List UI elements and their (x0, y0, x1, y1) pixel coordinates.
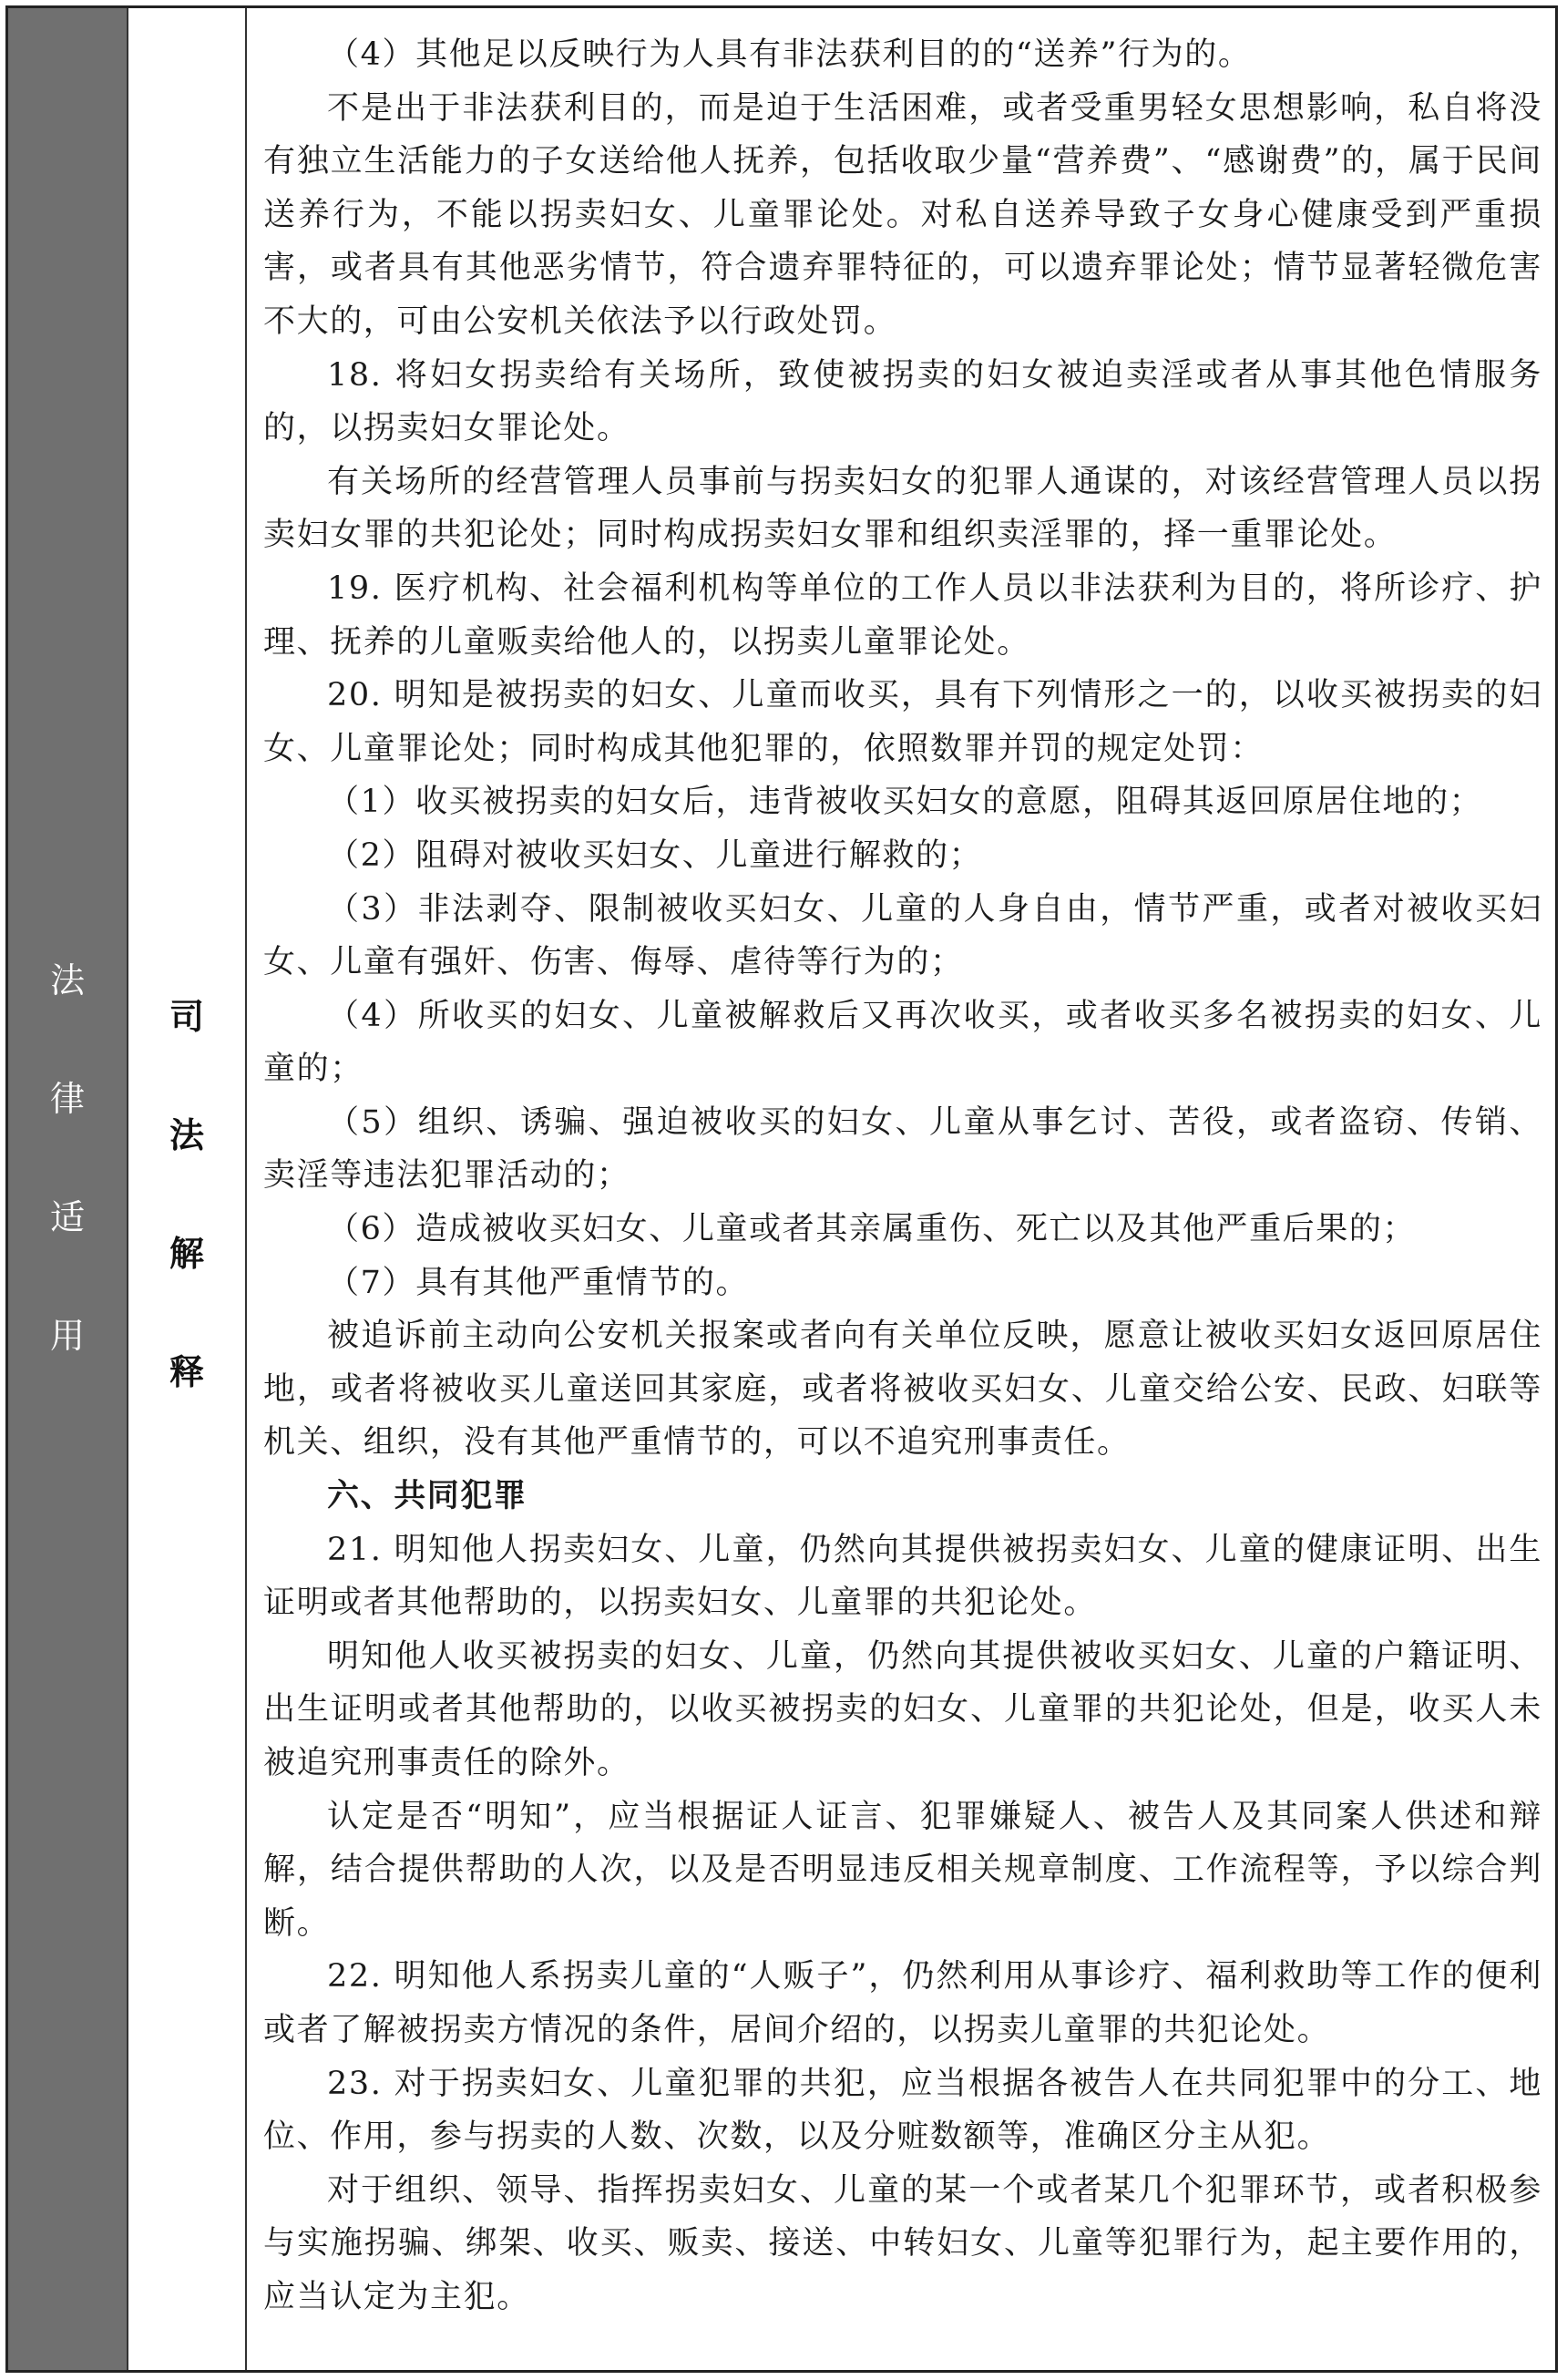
list-item: （7）具有其他严重情节的。 (263, 1257, 1542, 1310)
subcategory-label-char: 解 (128, 1226, 245, 1276)
list-item: （2）阻碍对被收买妇女、儿童进行解救的； (263, 829, 1542, 883)
paragraph-article-19: 19. 医疗机构、社会福利机构等单位的工作人员以非法获利为目的，将所诊疗、护理、… (263, 562, 1542, 669)
category-label-char: 用 (8, 1308, 127, 1358)
paragraph: 明知他人收买被拐卖的妇女、儿童，仍然向其提供被收买妇女、儿童的户籍证明、出生证明… (263, 1630, 1542, 1790)
paragraph: 被追诉前主动向公安机关报案或者向有关单位反映，愿意让被收买妇女返回原居住地，或者… (263, 1309, 1542, 1470)
subcategory-column: 司 法 解 释 (128, 8, 247, 2370)
list-item: （5）组织、诱骗、强迫被收买的妇女、儿童从事乞讨、苦役，或者盗窃、传销、卖淫等违… (263, 1096, 1542, 1203)
paragraph-article-23: 23. 对于拐卖妇女、儿童犯罪的共犯，应当根据各被告人在共同犯罪中的分工、地位、… (263, 2057, 1542, 2164)
subcategory-label-char: 法 (128, 1107, 245, 1157)
category-label-char: 适 (8, 1189, 127, 1239)
subcategory-label-char: 司 (128, 989, 245, 1039)
law-table: 法 律 适 用 司 法 解 释 （4）其他足以反映行为人具有非法获利目的的“送养… (5, 5, 1558, 2373)
category-label-char: 法 (8, 952, 127, 1002)
subcategory-label-char: 释 (128, 1344, 245, 1394)
section-heading: 六、共同犯罪 (263, 1470, 1542, 1523)
paragraph: 有关场所的经营管理人员事前与拐卖妇女的犯罪人通谋的，对该经营管理人员以拐卖妇女罪… (263, 456, 1542, 562)
paragraph: （4）其他足以反映行为人具有非法获利目的的“送养”行为的。 (263, 28, 1542, 82)
paragraph: 对于组织、领导、指挥拐卖妇女、儿童的某一个或者某几个犯罪环节，或者积极参与实施拐… (263, 2164, 1542, 2324)
list-item: （1）收买被拐卖的妇女后，违背被收买妇女的意愿，阻碍其返回原居住地的； (263, 775, 1542, 829)
paragraph: 认定是否“明知”，应当根据证人证言、犯罪嫌疑人、被告人及其同案人供述和辩解，结合… (263, 1790, 1542, 1951)
list-item: （6）造成被收买妇女、儿童或者其亲属重伤、死亡以及其他严重后果的； (263, 1203, 1542, 1257)
category-column: 法 律 适 用 (8, 8, 128, 2370)
paragraph: 不是出于非法获利目的，而是迫于生活困难，或者受重男轻女思想影响，私自将没有独立生… (263, 82, 1542, 349)
paragraph-article-22: 22. 明知他人系拐卖儿童的“人贩子”，仍然利用从事诊疗、福利救助等工作的便利或… (263, 1950, 1542, 2057)
list-item: （3）非法剥夺、限制被收买妇女、儿童的人身自由，情节严重，或者对被收买妇女、儿童… (263, 883, 1542, 990)
paragraph-article-20: 20. 明知是被拐卖的妇女、儿童而收买，具有下列情形之一的，以收买被拐卖的妇女、… (263, 669, 1542, 775)
content-column: （4）其他足以反映行为人具有非法获利目的的“送养”行为的。 不是出于非法获利目的… (247, 8, 1555, 2370)
list-item: （4）所收买的妇女、儿童被解救后又再次收买，或者收买多名被拐卖的妇女、儿童的； (263, 990, 1542, 1096)
category-label-char: 律 (8, 1071, 127, 1121)
paragraph-article-21: 21. 明知他人拐卖妇女、儿童，仍然向其提供被拐卖妇女、儿童的健康证明、出生证明… (263, 1523, 1542, 1630)
paragraph-article-18: 18. 将妇女拐卖给有关场所，致使被拐卖的妇女被迫卖淫或者从事其他色情服务的，以… (263, 349, 1542, 456)
